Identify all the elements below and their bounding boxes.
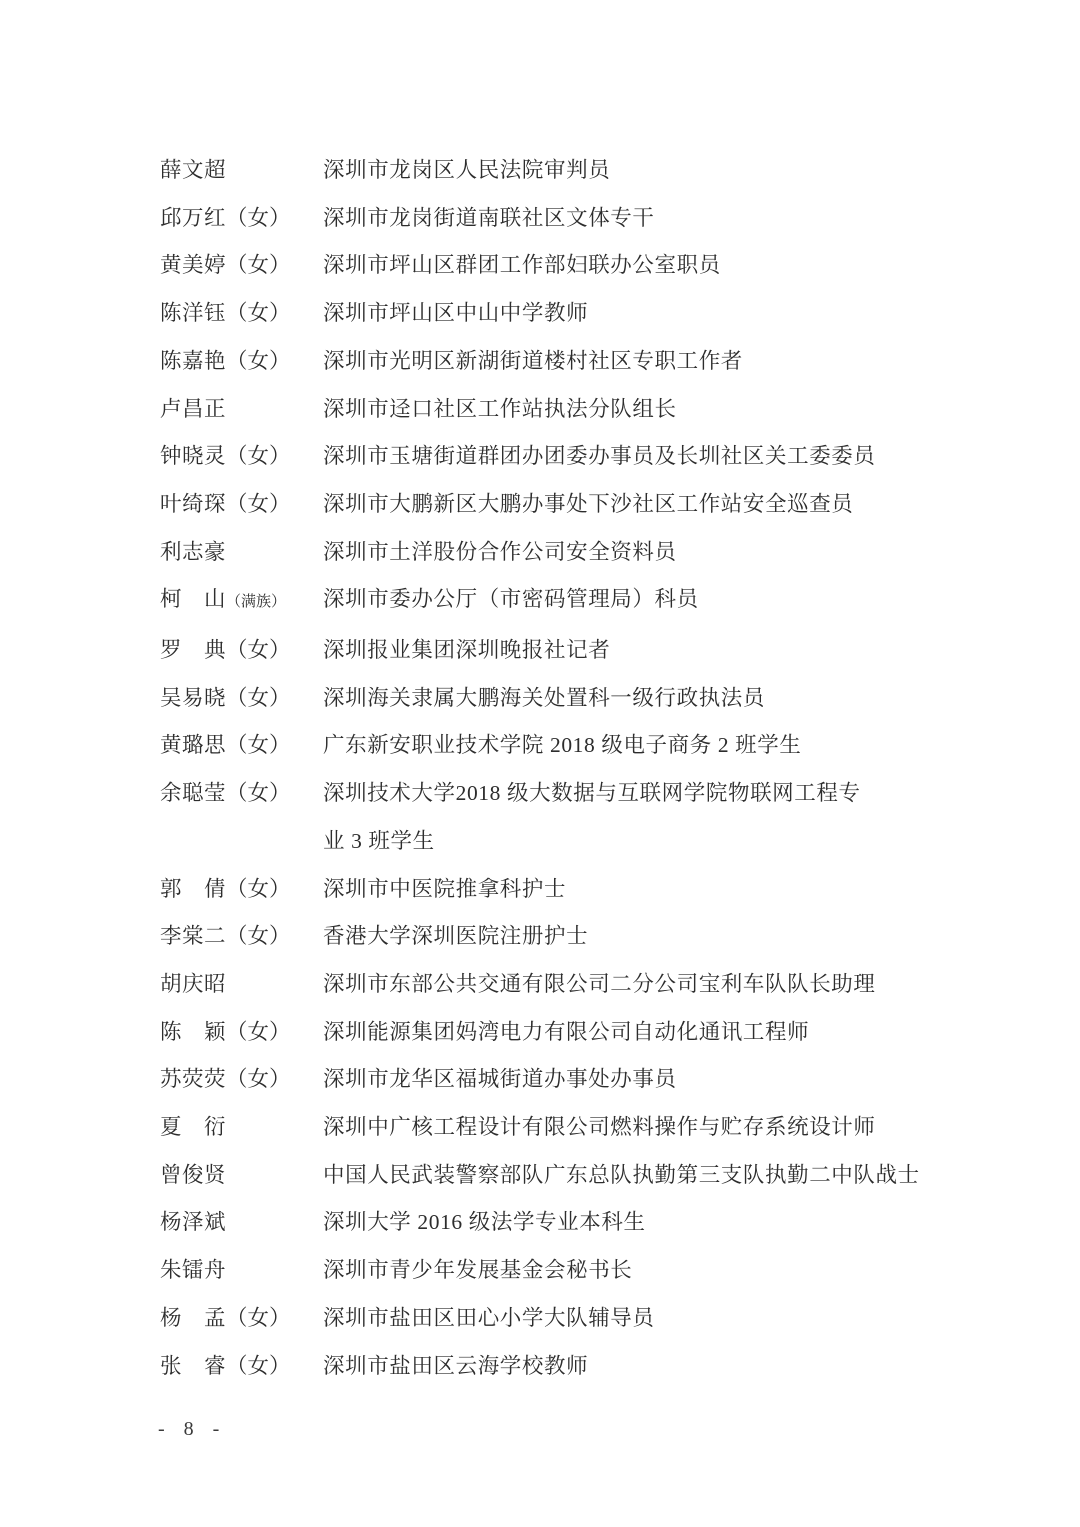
page-number: - 8 -	[158, 1412, 226, 1446]
person-title: 深圳市大鹏新区大鹏办事处下沙社区工作站安全巡查员	[323, 481, 930, 529]
list-item: 李棠二（女） 香港大学深圳医院注册护士	[160, 913, 930, 961]
list-item: 朱镭舟 深圳市青少年发展基金会秘书长	[160, 1247, 930, 1295]
person-name-cell: 卢昌正	[160, 386, 323, 434]
list-item: 余聪莹（女） 深圳技术大学2018 级大数据与互联网学院物联网工程专 业 3 班…	[160, 770, 930, 865]
person-name: 余聪莹	[160, 781, 226, 805]
person-name-cell: 罗 典（女）	[160, 627, 323, 675]
person-name-cell: 夏 衍	[160, 1104, 323, 1152]
person-name: 罗 典	[160, 638, 226, 662]
list-item: 钟晓灵（女） 深圳市玉塘街道群团办团委办事员及长圳社区关工委委员	[160, 433, 930, 481]
person-title: 深圳海关隶属大鹏海关处置科一级行政执法员	[323, 675, 930, 723]
person-name-suffix: （女）	[226, 638, 291, 662]
list-item: 柯 山（满族） 深圳市委办公厅（市密码管理局）科员	[160, 576, 930, 627]
person-name-cell: 郭 倩（女）	[160, 866, 323, 914]
list-item: 杨 孟（女） 深圳市盐田区田心小学大队辅导员	[160, 1295, 930, 1343]
person-title: 深圳市坪山区群团工作部妇联办公室职员	[323, 242, 930, 290]
person-name-suffix: （女）	[226, 1020, 291, 1044]
list-item: 陈洋钰（女） 深圳市坪山区中山中学教师	[160, 290, 930, 338]
person-name: 胡庆昭	[160, 972, 226, 996]
list-item: 黄美婷（女） 深圳市坪山区群团工作部妇联办公室职员	[160, 242, 930, 290]
person-title: 深圳市委办公厅（市密码管理局）科员	[323, 576, 930, 624]
person-name: 利志豪	[160, 540, 226, 564]
person-title: 深圳市盐田区云海学校教师	[323, 1343, 930, 1391]
list-item: 张 睿（女） 深圳市盐田区云海学校教师	[160, 1343, 930, 1391]
person-name-cell: 苏荧荧（女）	[160, 1056, 323, 1104]
person-title: 深圳市土洋股份合作公司安全资料员	[323, 529, 930, 577]
person-name-cell: 钟晓灵（女）	[160, 433, 323, 481]
person-title: 深圳市龙岗区人民法院审判员	[323, 147, 930, 195]
person-title: 深圳市龙华区福城街道办事处办事员	[323, 1056, 930, 1104]
person-name-cell: 陈洋钰（女）	[160, 290, 323, 338]
person-title: 深圳中广核工程设计有限公司燃料操作与贮存系统设计师	[323, 1104, 930, 1152]
list-item: 卢昌正 深圳市迳口社区工作站执法分队组长	[160, 386, 930, 434]
person-name: 曾俊贤	[160, 1163, 226, 1187]
person-name: 柯 山	[160, 587, 226, 611]
person-name-suffix: （女）	[226, 301, 291, 325]
list-item: 叶绮琛（女） 深圳市大鹏新区大鹏办事处下沙社区工作站安全巡查员	[160, 481, 930, 529]
person-title: 香港大学深圳医院注册护士	[323, 913, 930, 961]
list-item: 曾俊贤 中国人民武装警察部队广东总队执勤第三支队执勤二中队战士	[160, 1152, 930, 1200]
person-name-cell: 张 睿（女）	[160, 1343, 323, 1391]
person-name-suffix: （女）	[226, 253, 291, 277]
person-name-suffix: （女）	[226, 924, 291, 948]
person-name-cell: 利志豪	[160, 529, 323, 577]
person-name-cell: 陈 颖（女）	[160, 1009, 323, 1057]
person-name-suffix: （女）	[226, 1306, 291, 1330]
person-title: 深圳报业集团深圳晚报社记者	[323, 627, 930, 675]
person-title: 深圳能源集团妈湾电力有限公司自动化通讯工程师	[323, 1009, 930, 1057]
person-name-suffix: （女）	[226, 349, 291, 373]
person-name-suffix: （女）	[226, 492, 291, 516]
person-title: 深圳市坪山区中山中学教师	[323, 290, 930, 338]
person-name-cell: 曾俊贤	[160, 1152, 323, 1200]
list-item: 利志豪 深圳市土洋股份合作公司安全资料员	[160, 529, 930, 577]
list-item: 陈嘉艳（女） 深圳市光明区新湖街道楼村社区专职工作者	[160, 338, 930, 386]
person-title: 广东新安职业技术学院 2018 级电子商务 2 班学生	[323, 722, 930, 770]
person-name-suffix: （女）	[226, 444, 291, 468]
honoree-name-list: 薛文超 深圳市龙岗区人民法院审判员 邱万红（女） 深圳市龙岗街道南联社区文体专干…	[160, 147, 930, 1390]
person-name: 陈洋钰	[160, 301, 226, 325]
person-name: 黄璐思	[160, 733, 226, 757]
person-title: 深圳市中医院推拿科护士	[323, 866, 930, 914]
person-name: 薛文超	[160, 158, 226, 182]
list-item: 陈 颖（女） 深圳能源集团妈湾电力有限公司自动化通讯工程师	[160, 1009, 930, 1057]
person-name: 张 睿	[160, 1354, 226, 1378]
person-name: 杨 孟	[160, 1306, 226, 1330]
person-name-suffix: （女）	[226, 686, 291, 710]
person-name-cell: 柯 山（满族）	[160, 576, 323, 627]
person-name-suffix: （满族）	[226, 594, 286, 610]
person-name: 李棠二	[160, 924, 226, 948]
person-name-cell: 胡庆昭	[160, 961, 323, 1009]
person-name-cell: 叶绮琛（女）	[160, 481, 323, 529]
person-name-cell: 朱镭舟	[160, 1247, 323, 1295]
person-title: 深圳市龙岗街道南联社区文体专干	[323, 195, 930, 243]
list-item: 夏 衍 深圳中广核工程设计有限公司燃料操作与贮存系统设计师	[160, 1104, 930, 1152]
person-name-cell: 余聪莹（女）	[160, 770, 323, 818]
person-name-suffix: （女）	[226, 1354, 291, 1378]
person-name-cell: 陈嘉艳（女）	[160, 338, 323, 386]
list-item: 薛文超 深圳市龙岗区人民法院审判员	[160, 147, 930, 195]
person-name: 朱镭舟	[160, 1258, 226, 1282]
person-title: 深圳市东部公共交通有限公司二分公司宝利车队队长助理	[323, 961, 930, 1009]
person-name-cell: 杨 孟（女）	[160, 1295, 323, 1343]
person-name: 陈 颖	[160, 1020, 226, 1044]
person-name-suffix: （女）	[226, 206, 291, 230]
person-name: 钟晓灵	[160, 444, 226, 468]
list-item: 黄璐思（女） 广东新安职业技术学院 2018 级电子商务 2 班学生	[160, 722, 930, 770]
person-title: 深圳市青少年发展基金会秘书长	[323, 1247, 930, 1295]
list-item: 胡庆昭 深圳市东部公共交通有限公司二分公司宝利车队队长助理	[160, 961, 930, 1009]
person-name-cell: 黄璐思（女）	[160, 722, 323, 770]
person-name: 郭 倩	[160, 877, 226, 901]
person-name: 夏 衍	[160, 1115, 226, 1139]
person-name-suffix: （女）	[226, 1067, 291, 1091]
person-name: 吴易晓	[160, 686, 226, 710]
person-name-suffix: （女）	[226, 781, 291, 805]
person-name-suffix: （女）	[226, 733, 291, 757]
person-title: 深圳市玉塘街道群团办团委办事员及长圳社区关工委委员	[323, 433, 930, 481]
person-title: 深圳技术大学2018 级大数据与互联网学院物联网工程专 业 3 班学生	[323, 770, 930, 865]
list-item: 邱万红（女） 深圳市龙岗街道南联社区文体专干	[160, 195, 930, 243]
person-name: 叶绮琛	[160, 492, 226, 516]
person-name-cell: 薛文超	[160, 147, 323, 195]
person-title: 深圳市光明区新湖街道楼村社区专职工作者	[323, 338, 930, 386]
person-name-cell: 吴易晓（女）	[160, 675, 323, 723]
list-item: 罗 典（女） 深圳报业集团深圳晚报社记者	[160, 627, 930, 675]
person-name-cell: 黄美婷（女）	[160, 242, 323, 290]
person-name: 杨泽斌	[160, 1210, 226, 1234]
list-item: 吴易晓（女） 深圳海关隶属大鹏海关处置科一级行政执法员	[160, 675, 930, 723]
document-page: 薛文超 深圳市龙岗区人民法院审判员 邱万红（女） 深圳市龙岗街道南联社区文体专干…	[0, 0, 1080, 1527]
person-title: 深圳市迳口社区工作站执法分队组长	[323, 386, 930, 434]
person-name: 苏荧荧	[160, 1067, 226, 1091]
person-name: 卢昌正	[160, 397, 226, 421]
list-item: 杨泽斌 深圳大学 2016 级法学专业本科生	[160, 1199, 930, 1247]
list-item: 苏荧荧（女） 深圳市龙华区福城街道办事处办事员	[160, 1056, 930, 1104]
list-item: 郭 倩（女） 深圳市中医院推拿科护士	[160, 866, 930, 914]
person-title: 中国人民武装警察部队广东总队执勤第三支队执勤二中队战士	[323, 1152, 930, 1200]
person-title: 深圳市盐田区田心小学大队辅导员	[323, 1295, 930, 1343]
person-name-cell: 邱万红（女）	[160, 195, 323, 243]
person-name: 陈嘉艳	[160, 349, 226, 373]
person-name: 黄美婷	[160, 253, 226, 277]
person-name-cell: 李棠二（女）	[160, 913, 323, 961]
person-title: 深圳大学 2016 级法学专业本科生	[323, 1199, 930, 1247]
person-name: 邱万红	[160, 206, 226, 230]
person-name-cell: 杨泽斌	[160, 1199, 323, 1247]
person-name-suffix: （女）	[226, 877, 291, 901]
